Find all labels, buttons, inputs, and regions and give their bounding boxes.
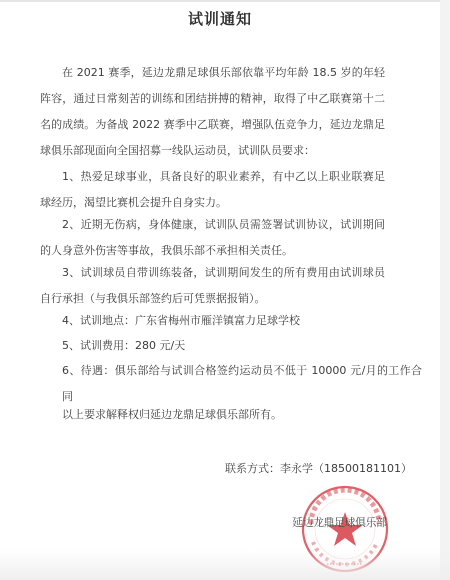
notice-document: 试训通知 在 2021 赛季，延边龙鼎足球俱乐部依靠平均年龄 18.5 岁的年轻… bbox=[0, 0, 440, 580]
requirement-item-5: 5、试训费用：280 元/天 bbox=[62, 333, 407, 359]
requirement-item-3: 3、试训球员自带训练装备，试训期间发生的所有费用由试训球员自行承担（与我俱乐部签… bbox=[40, 260, 385, 312]
interpretation-note: 以上要求解释权归延边龙鼎足球俱乐部所有。 bbox=[62, 402, 407, 428]
requirement-item-4: 4、试训地点：广东省梅州市雁洋镇富力足球学校 bbox=[62, 308, 407, 334]
requirement-item-2: 2、近期无伤病，身体健康，试训队员需签署试训协议，试训期间的人身意外伤害等事故，… bbox=[40, 212, 385, 264]
document-title: 试训通知 bbox=[0, 8, 440, 29]
requirement-item-1: 1、热爱足球事业，具备良好的职业素养，有中乙以上职业联赛足球经历，渴望比赛机会提… bbox=[40, 164, 385, 216]
intro-paragraph: 在 2021 赛季，延边龙鼎足球俱乐部依靠平均年龄 18.5 岁的年轻阵容，通过… bbox=[40, 60, 385, 164]
signature-club-name: 延边龙鼎足球俱乐部 bbox=[292, 515, 387, 531]
contact-info: 联系方式：李永学（18500181101） bbox=[225, 459, 412, 479]
right-scroll-strip bbox=[440, 0, 450, 580]
bottom-shadow bbox=[0, 550, 450, 580]
